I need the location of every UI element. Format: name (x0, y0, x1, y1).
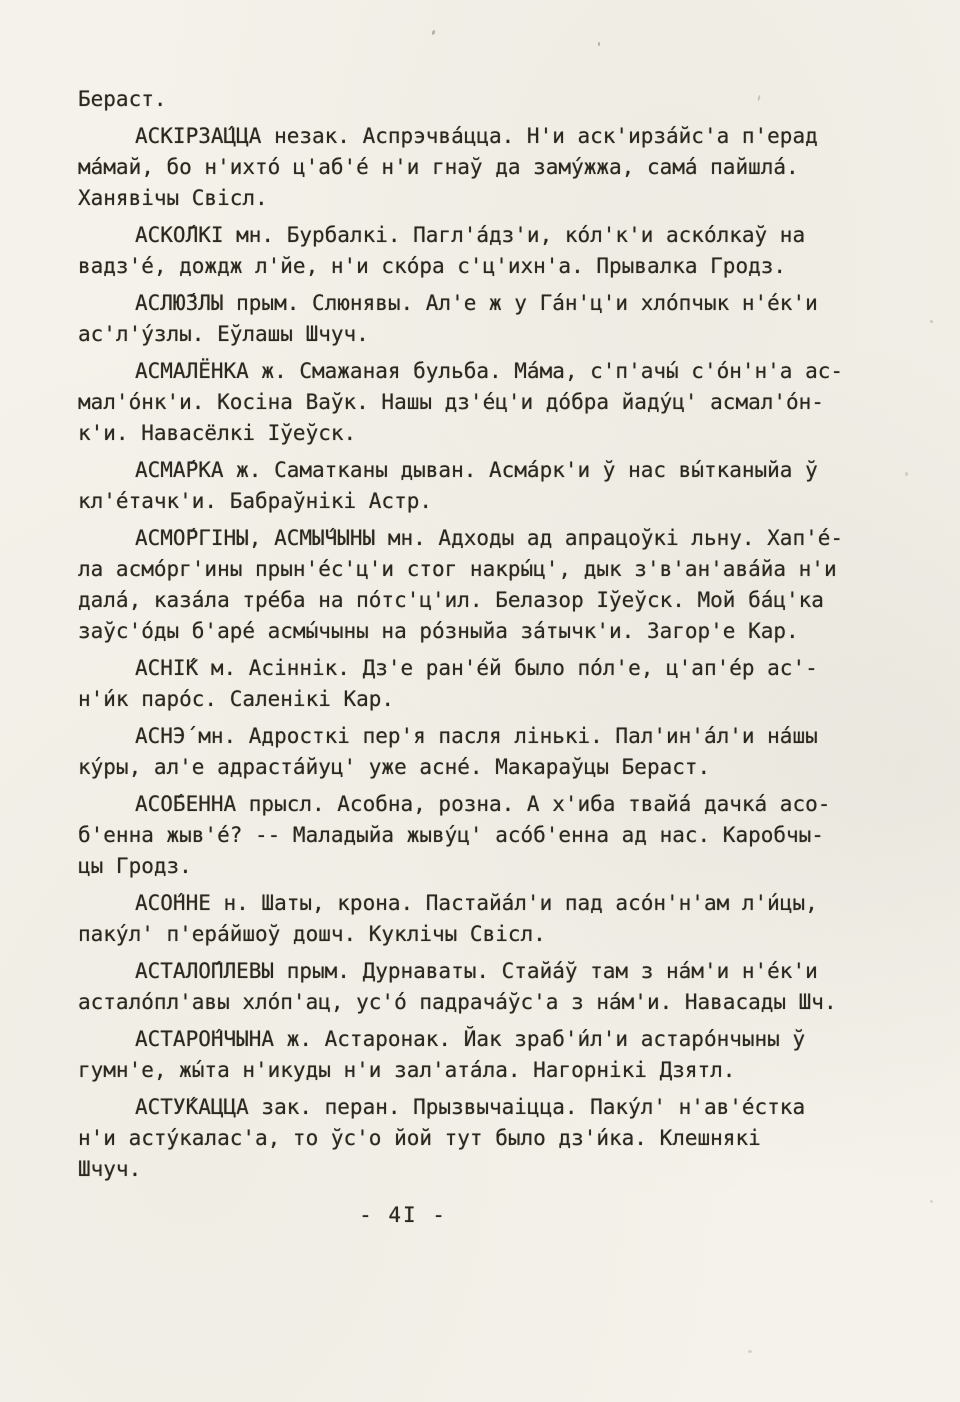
dictionary-entry-astaloplevy: АСТАЛО́ПЛЕВЫ прым. Дурнаваты. Стайа́ў та… (78, 956, 890, 1018)
entry-line: ку́ры, ал'е адраста́йуц' уже асне́. Мака… (78, 752, 890, 783)
entry-line: АСЛЮ́ЗЛЫ прым. Слюнявы. Ал'е ж у Га́н'ц'… (78, 288, 890, 319)
dictionary-entry-asobenna: АСО́БЕННА прысл. Асобна, розна. А х'иба … (78, 789, 890, 882)
dictionary-entry-asmarka: АСМА́РКА ж. Саматканы дыван. Асма́рк'и ў… (78, 455, 890, 517)
entry-line: Шчуч. (78, 1154, 890, 1185)
entry-line: АСКО́ЛКІ мн. Бурбалкі. Пагл'а́дз'и, ко́л… (78, 220, 890, 251)
dictionary-entry-asmaljonka: АСМАЛЁНКА ж. Смажаная бульба. Ма́ма, с'п… (78, 356, 890, 449)
scan-speck (431, 30, 436, 36)
entry-line: ла асмо́рг'ины прын'е́с'ц'и стог накры́ц… (78, 554, 890, 585)
entry-line: АСО́БЕННА прысл. Асобна, розна. А х'иба … (78, 789, 890, 820)
scan-speck (748, 1350, 752, 1353)
scan-speck (598, 42, 600, 46)
dictionary-entry-astukacca: АСТУ́КАЦЦА зак. перан. Прызвычаіцца. Пак… (78, 1092, 890, 1185)
entry-line: ас'л'у́злы. Еўлашы Шчуч. (78, 319, 890, 350)
scanned-page: { "document": { "continuation_line": "Бе… (0, 0, 960, 1402)
entry-line: дала́, каза́ла тре́ба на по́тс'ц'ил. Бел… (78, 585, 890, 616)
dictionary-entry-asnik: АСНІ́К м. Асіннік. Дз'е ран'е́й было по́… (78, 653, 890, 715)
entry-line: астало́пл'авы хло́п'ац, ус'о́ падрача́ўс… (78, 987, 890, 1018)
entry-line: вадз'е́, дождж л'йе, н'и ско́ра с'ц'ихн'… (78, 251, 890, 282)
page-number: - 4I - (78, 1203, 728, 1227)
dictionary-entry-askirzacca: АСКІРЗА́ЦЦА незак. Аспрэчва́цца. Н'и аск… (78, 121, 890, 214)
entry-line: АСМАЛЁНКА ж. Смажаная бульба. Ма́ма, с'п… (78, 356, 890, 387)
entry-line: мал'о́нк'и. Косіна Ваўк. Нашы дз'е́ц'и д… (78, 387, 890, 418)
dictionary-entry-asmorginy: АСМО́РГІНЫ, АСМЫ́ЧЫНЫ мн. Адходы ад апра… (78, 523, 890, 647)
scan-speck (905, 472, 908, 476)
entry-line: Ханявічы Свісл. (78, 183, 890, 214)
entry-line: н'и́к паро́с. Саленікі Кар. (78, 684, 890, 715)
entry-line: АСНІ́К м. Асіннік. Дз'е ран'е́й было по́… (78, 653, 890, 684)
entry-line: АСМА́РКА ж. Саматканы дыван. Асма́рк'и ў… (78, 455, 890, 486)
entry-line: АСО́ННЕ н. Шаты, крона. Пастайа́л'и пад … (78, 888, 890, 919)
entry-line: АСТАЛО́ПЛЕВЫ прым. Дурнаваты. Стайа́ў та… (78, 956, 890, 987)
dictionary-entry-asonne: АСО́ННЕ н. Шаты, крона. Пастайа́л'и пад … (78, 888, 890, 950)
entry-line: АСМО́РГІНЫ, АСМЫ́ЧЫНЫ мн. Адходы ад апра… (78, 523, 890, 554)
entry-line: паку́л' п'ера́йшоў дошч. Куклічы Свісл. (78, 919, 890, 950)
entry-line: к'и. Навасёлкі Іўеўск. (78, 418, 890, 449)
entry-line: гумн'е, жы́та н'икуды н'и зал'ата́ла. На… (78, 1055, 890, 1086)
text-block: Бераст. АСКІРЗА́ЦЦА незак. Аспрэчва́цца.… (78, 84, 890, 1185)
continuation-line: Бераст. (78, 84, 890, 115)
entry-line: н'и асту́калас'а, то ўс'о йой тут было д… (78, 1123, 890, 1154)
scan-speck (930, 1200, 933, 1203)
entry-line: АСКІРЗА́ЦЦА незак. Аспрэчва́цца. Н'и аск… (78, 121, 890, 152)
entry-line: кл'е́тачк'и. Бабраўнікі Астр. (78, 486, 890, 517)
dictionary-entry-asne: АСНЭ́ мн. Адросткі пер'я пасля лінькі. П… (78, 721, 890, 783)
dictionary-entry-asljuzly: АСЛЮ́ЗЛЫ прым. Слюнявы. Ал'е ж у Га́н'ц'… (78, 288, 890, 350)
entry-line: АСТАРО́НЧЫНА ж. Астаронак. Йак зраб'и́л'… (78, 1024, 890, 1055)
dictionary-entry-astaronchyna: АСТАРО́НЧЫНА ж. Астаронак. Йак зраб'и́л'… (78, 1024, 890, 1086)
dictionary-entry-askolki: АСКО́ЛКІ мн. Бурбалкі. Пагл'а́дз'и, ко́л… (78, 220, 890, 282)
scan-speck (930, 320, 933, 323)
entry-line: заўс'о́ды б'аре́ асмы́чыны на ро́зныйа з… (78, 616, 890, 647)
entry-line: б'енна жыв'е́? -- Маладыйа жыву́ц' асо́б… (78, 820, 890, 851)
entry-line: цы Гродз. (78, 851, 890, 882)
entry-line: АСТУ́КАЦЦА зак. перан. Прызвычаіцца. Пак… (78, 1092, 890, 1123)
entry-line: АСНЭ́ мн. Адросткі пер'я пасля лінькі. П… (78, 721, 890, 752)
entry-line: ма́май, бо н'ихто́ ц'аб'е́ н'и гнаў да з… (78, 152, 890, 183)
